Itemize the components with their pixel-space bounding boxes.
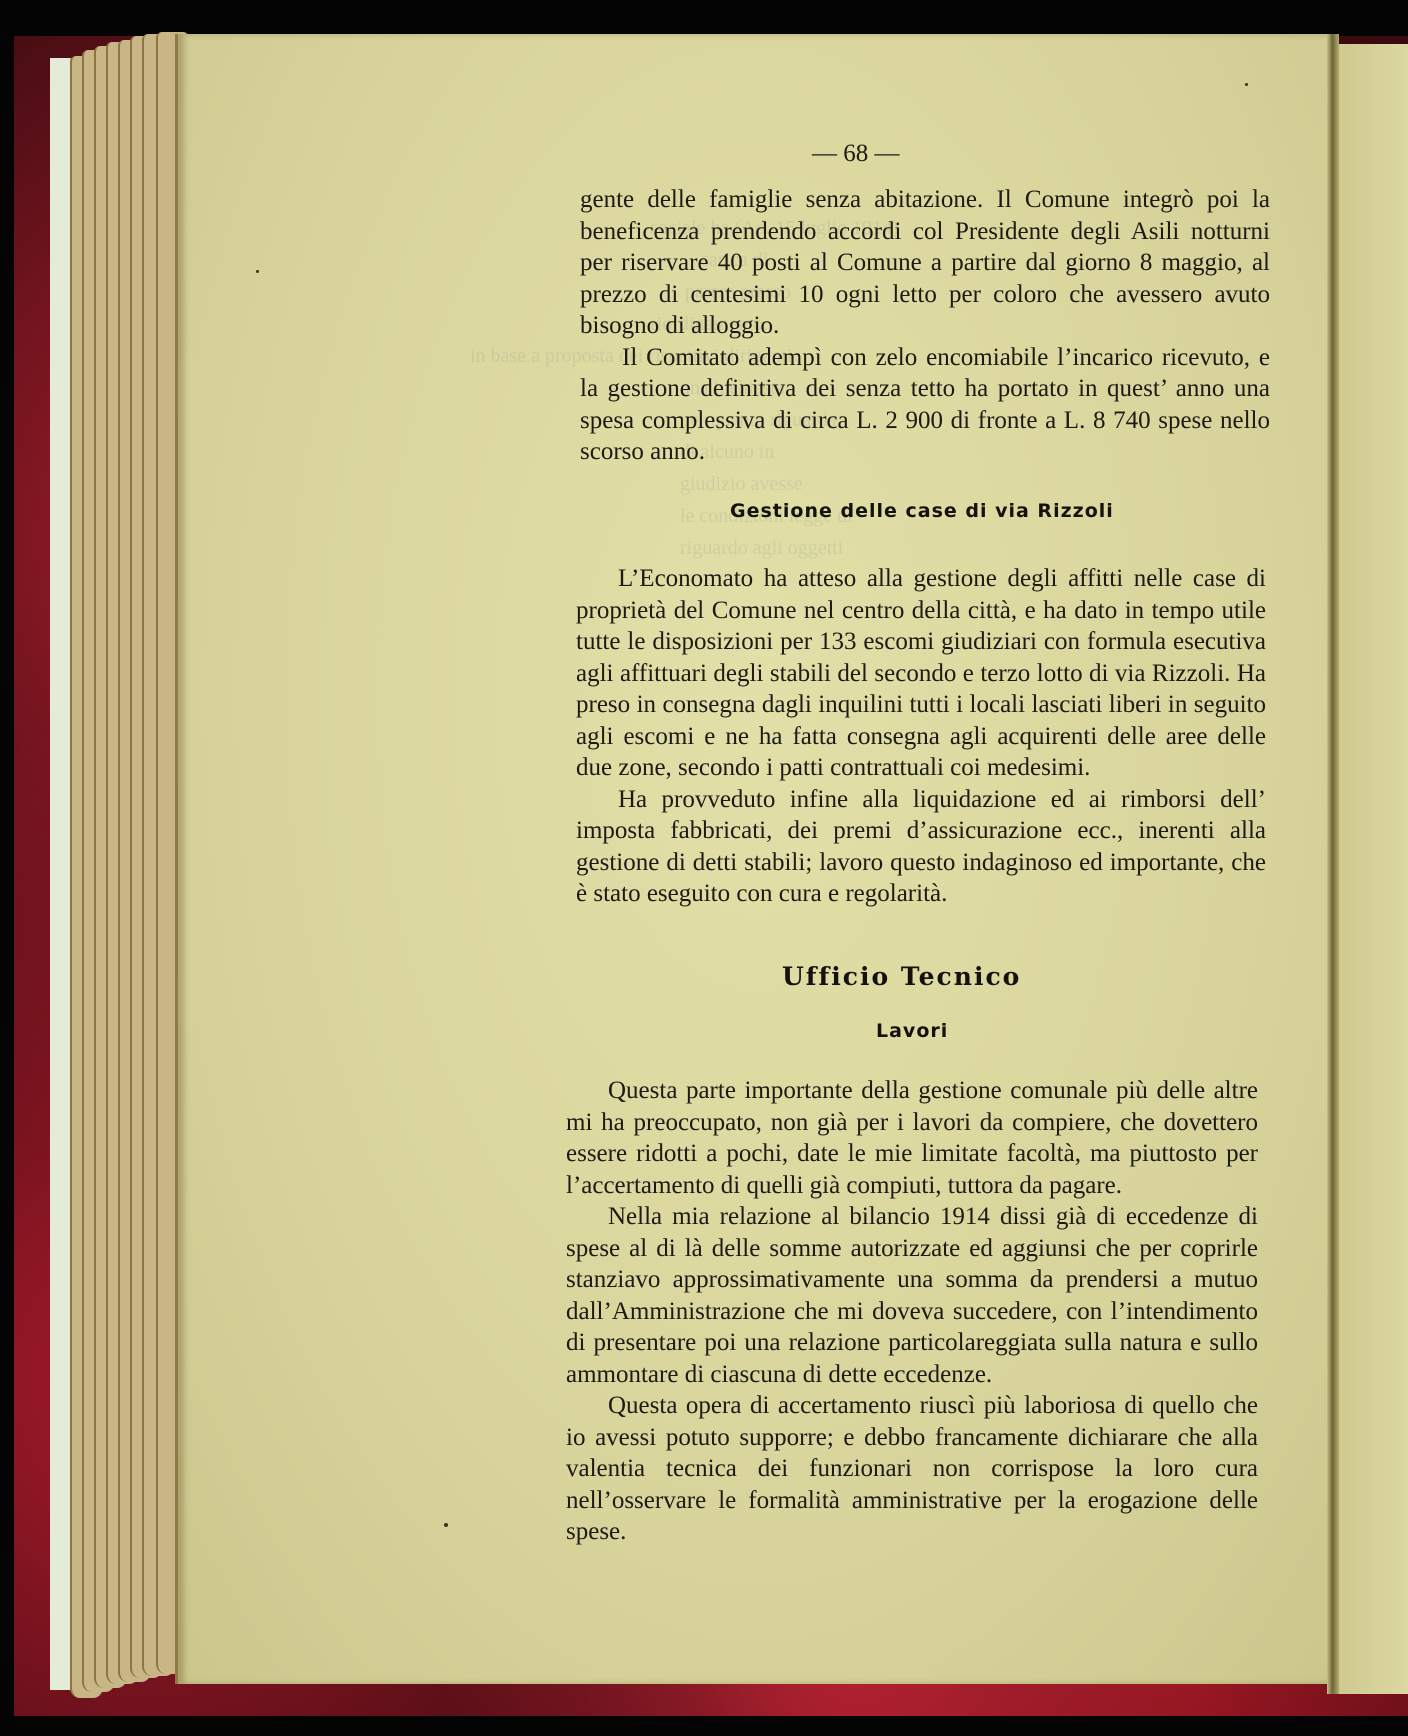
- chapter-heading: Ufficio Tecnico: [782, 962, 1021, 991]
- paragraph: Il Comitato adempì con zelo encomiabile …: [580, 342, 1270, 468]
- page-number: — 68 —: [812, 140, 900, 168]
- paragraph: Ha provveduto infine alla liquidazione e…: [576, 784, 1266, 910]
- paper-speck: [256, 270, 259, 273]
- paragraph: Questa parte importante della gestione c…: [566, 1075, 1258, 1201]
- paper-speck: [1245, 83, 1248, 86]
- text-block-lavori: Questa parte importante della gestione c…: [566, 1075, 1258, 1548]
- paragraph: L’Economato ha atteso alla gestione degl…: [576, 563, 1266, 784]
- text-block-intro: gente delle famiglie senza abitazione. I…: [580, 184, 1270, 468]
- paragraph: Questa opera di accertamento riuscì più …: [566, 1390, 1258, 1548]
- section-heading: Gestione delle case di via Rizzoli: [730, 500, 1114, 522]
- subsection-heading: Lavori: [876, 1020, 948, 1042]
- paragraph: Nella mia relazione al bilancio 1914 dis…: [566, 1201, 1258, 1390]
- text-block-rizzoli: L’Economato ha atteso alla gestione degl…: [576, 563, 1266, 910]
- paragraph: gente delle famiglie senza abitazione. I…: [580, 184, 1270, 342]
- flyleaf: [50, 58, 71, 1690]
- paper-speck: [444, 1523, 448, 1527]
- gutter: [1327, 34, 1339, 1694]
- right-page: [1339, 44, 1408, 1694]
